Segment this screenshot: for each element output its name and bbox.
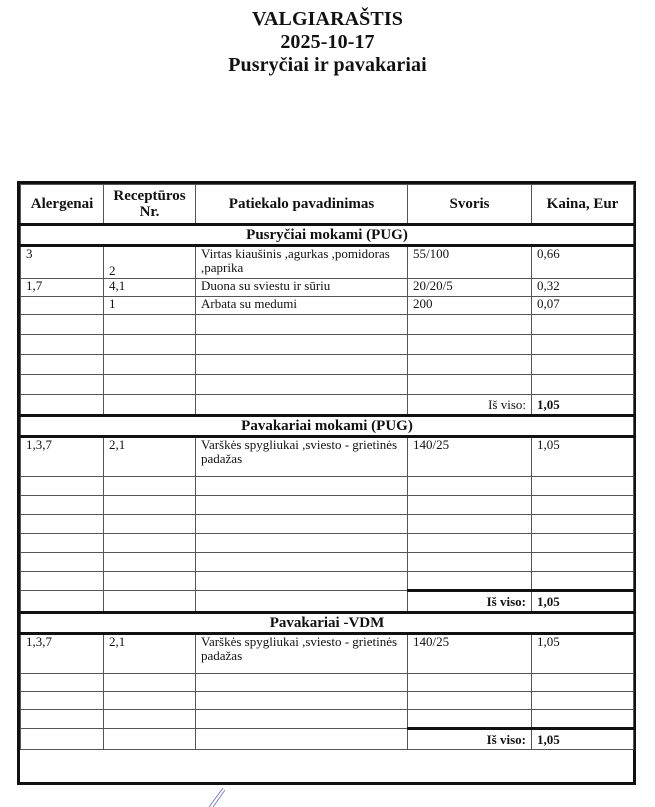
empty-row xyxy=(21,315,634,335)
document-header: VALGIARAŠTIS 2025-10-17 Pusryčiai ir pav… xyxy=(0,8,655,77)
allergens-cell: 1,7 xyxy=(21,279,104,297)
empty-row xyxy=(21,692,634,710)
weight-cell: 55/100 xyxy=(408,246,532,279)
empty-row xyxy=(21,710,634,729)
column-header-price: Kaina, Eur xyxy=(532,185,634,225)
weight-cell: 200 xyxy=(408,297,532,315)
dish-cell: Varškės spygliukai ,sviesto - grietinės … xyxy=(196,634,408,674)
empty-row xyxy=(21,335,634,355)
total-value: 1,05 xyxy=(532,729,634,750)
section-title-row: Pavakariai mokami (PUG) xyxy=(21,416,634,437)
allergens-cell xyxy=(21,297,104,315)
recipe-cell: 1 xyxy=(104,297,196,315)
table-row: 1,3,7 2,1 Varškės spygliukai ,sviesto - … xyxy=(21,437,634,477)
menu-table-frame: Alergenai Receptūros Nr. Patiekalo pavad… xyxy=(17,181,636,785)
weight-cell: 20/20/5 xyxy=(408,279,532,297)
table-row: 1,3,7 2,1 Varškės spygliukai ,sviesto - … xyxy=(21,634,634,674)
column-header-weight: Svoris xyxy=(408,185,532,225)
document-title: VALGIARAŠTIS xyxy=(0,8,655,31)
menu-table: Alergenai Receptūros Nr. Patiekalo pavad… xyxy=(20,184,634,750)
section-title-row: Pavakariai -VDM xyxy=(21,613,634,634)
total-value: 1,05 xyxy=(532,395,634,416)
column-header-dish-name: Patiekalo pavadinimas xyxy=(196,185,408,225)
weight-cell: 140/25 xyxy=(408,437,532,477)
total-label: Iš viso: xyxy=(408,729,532,750)
price-cell: 0,66 xyxy=(532,246,634,279)
column-header-allergens: Alergenai xyxy=(21,185,104,225)
section-title: Pavakariai -VDM xyxy=(21,613,634,634)
empty-row xyxy=(21,674,634,692)
price-cell: 1,05 xyxy=(532,634,634,674)
section-afternoon-vdm: Pavakariai -VDM 1,3,7 2,1 Varškės spygli… xyxy=(21,613,634,750)
total-value: 1,05 xyxy=(532,591,634,613)
empty-row xyxy=(21,572,634,591)
table-header-row: Alergenai Receptūros Nr. Patiekalo pavad… xyxy=(21,185,634,225)
section-total-row: Iš viso: 1,05 xyxy=(21,729,634,750)
price-cell: 0,32 xyxy=(532,279,634,297)
section-title: Pusryčiai mokami (PUG) xyxy=(21,225,634,246)
signature-icon xyxy=(205,788,225,807)
section-afternoon-paid: Pavakariai mokami (PUG) 1,3,7 2,1 Varškė… xyxy=(21,416,634,613)
section-total-row: Iš viso: 1,05 xyxy=(21,395,634,416)
table-row: 3 2 Virtas kiaušinis ,agurkas ,pomidoras… xyxy=(21,246,634,279)
allergens-cell: 3 xyxy=(21,246,104,279)
empty-row xyxy=(21,477,634,496)
empty-row xyxy=(21,355,634,375)
section-total-row: Iš viso: 1,05 xyxy=(21,591,634,613)
dish-cell: Duona su sviestu ir sūriu xyxy=(196,279,408,297)
recipe-cell: 2 xyxy=(104,246,196,279)
table-row: 1,7 4,1 Duona su sviestu ir sūriu 20/20/… xyxy=(21,279,634,297)
recipe-cell: 2,1 xyxy=(104,634,196,674)
recipe-cell: 4,1 xyxy=(104,279,196,297)
allergens-cell: 1,3,7 xyxy=(21,634,104,674)
total-label: Iš viso: xyxy=(408,591,532,613)
column-header-recipe-no: Receptūros Nr. xyxy=(104,185,196,225)
dish-cell: Varškės spygliukai ,sviesto - grietinės … xyxy=(196,437,408,477)
empty-row xyxy=(21,375,634,395)
price-cell: 1,05 xyxy=(532,437,634,477)
dish-cell: Virtas kiaušinis ,agurkas ,pomidoras ,pa… xyxy=(196,246,408,279)
menu-date: 2025-10-17 xyxy=(0,31,655,54)
price-cell: 0,07 xyxy=(532,297,634,315)
total-label: Iš viso: xyxy=(408,395,532,416)
empty-row xyxy=(21,534,634,553)
empty-row xyxy=(21,496,634,515)
table-row: 1 Arbata su medumi 200 0,07 xyxy=(21,297,634,315)
allergens-cell: 1,3,7 xyxy=(21,437,104,477)
section-breakfast-paid: Pusryčiai mokami (PUG) 3 2 Virtas kiauši… xyxy=(21,225,634,416)
empty-row xyxy=(21,553,634,572)
empty-row xyxy=(21,515,634,534)
dish-cell: Arbata su medumi xyxy=(196,297,408,315)
document-subtitle: Pusryčiai ir pavakariai xyxy=(0,54,655,77)
section-title: Pavakariai mokami (PUG) xyxy=(21,416,634,437)
section-title-row: Pusryčiai mokami (PUG) xyxy=(21,225,634,246)
recipe-cell: 2,1 xyxy=(104,437,196,477)
weight-cell: 140/25 xyxy=(408,634,532,674)
